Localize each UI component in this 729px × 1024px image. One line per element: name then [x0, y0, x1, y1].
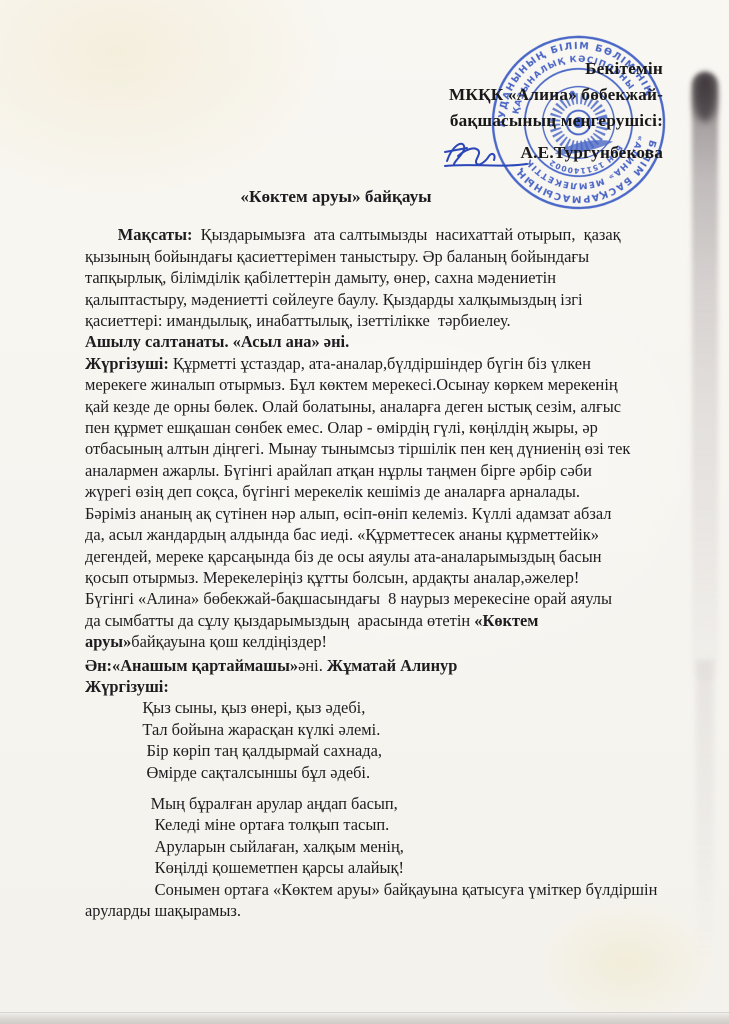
handwritten-signature: [443, 139, 529, 171]
scan-smudge-dark: [694, 74, 716, 122]
scanned-page: АУДАНЫНЫҢ БІЛІМ БӨЛІМІНІҢ БІЛІМ БАСҚАРМА…: [0, 0, 729, 1024]
verse-1: Қыз сыны, қыз өнері, қыз әдебі, Тал бойы…: [85, 697, 705, 783]
verse-2-and-invite: Мың бұралған арулар аңдап басып, Келеді …: [85, 793, 705, 921]
approval-line: бақшасының меңгерушісі:: [443, 108, 663, 134]
document-body: «Көктем аруы» байқауы Мақсаты: Қыздарымы…: [85, 186, 705, 921]
approval-signature-line: А.Е.Тургунбекова: [443, 134, 663, 166]
spacer: [85, 783, 705, 793]
approval-block: Бекітемін МКҚК «Алина» бөбекжай- бақшасы…: [443, 56, 663, 166]
scanner-edge: [0, 1012, 729, 1024]
opening-heading: Ашылу салтанаты. «Асыл ана» әні.: [85, 331, 705, 352]
host-label: Жүргізуші:: [85, 676, 705, 697]
song-heading: Ән:«Анашым қартаймашы»әні. Жұматай Алину…: [85, 655, 705, 676]
approval-line: Бекітемін: [443, 56, 663, 82]
host-paragraph: Жүргізуші: Құрметті ұстаздар, ата-аналар…: [85, 353, 705, 653]
approver-name: А.Е.Тургунбекова: [521, 140, 663, 166]
purpose-paragraph: Мақсаты: Қыздарымызға ата салтымызды нас…: [85, 224, 705, 331]
approval-line: МКҚК «Алина» бөбекжай-: [443, 82, 663, 108]
